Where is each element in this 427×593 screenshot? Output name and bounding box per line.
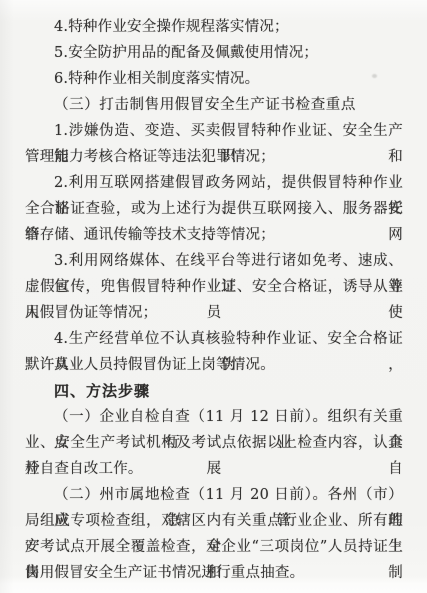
document-text-block: 4.特种作业安全操作规程落实情况；5.安全防护用品的配备及佩戴使用情况；6.特种…: [25, 14, 403, 586]
text-line: 虚假宣传，兜售假冒特种作业证、安全合格证，诱导从业人员使: [25, 274, 403, 300]
text-line: 2.利用互联网搭建假冒政务网站，提供假冒特种作业证、安: [25, 170, 403, 196]
text-line: 局组成专项检查组，对辖区内有关重点行业企业、所有的安全生: [25, 508, 403, 534]
text-line: 业、安全生产考试机构及考试点依据以上检查内容，认真开展自: [25, 430, 403, 456]
text-line: 4.特种作业安全操作规程落实情况；: [25, 14, 403, 40]
text-line: 6.特种作业相关制度落实情况。: [25, 66, 403, 92]
section-heading: 四、方法步骤: [25, 378, 403, 404]
text-line: 3.利用网络媒体、在线平台等进行诸如免考、速成、包过等: [25, 248, 403, 274]
scan-artifact-speck: [372, 74, 377, 78]
text-line: （一）企业自检自查（11 月 12 日前）。组织有关重点行业企: [25, 404, 403, 430]
text-line: 4.生产经营单位不认真核验特种作业证、安全合格证真伪，: [25, 326, 403, 352]
text-line: 全合格证查验，或为上述行为提供互联网接入、服务器托管、网: [25, 196, 403, 222]
text-line: 产考试点开展全覆盖检查，对企业“三项岗位”人员持证上岗和制: [25, 534, 403, 560]
sub-section-heading: （三）打击制售用假冒安全生产证书检查重点: [25, 92, 403, 118]
text-line: （二）州市属地检查（11 月 20 日前）。各州（市）应急管理: [25, 482, 403, 508]
text-line: 1.涉嫌伪造、变造、买卖假冒特种作业证、安全生产知识和: [25, 118, 403, 144]
document-page: 4.特种作业安全操作规程落实情况；5.安全防护用品的配备及佩戴使用情况；6.特种…: [0, 0, 427, 593]
text-line: 5.安全防护用品的配备及佩戴使用情况；: [25, 40, 403, 66]
